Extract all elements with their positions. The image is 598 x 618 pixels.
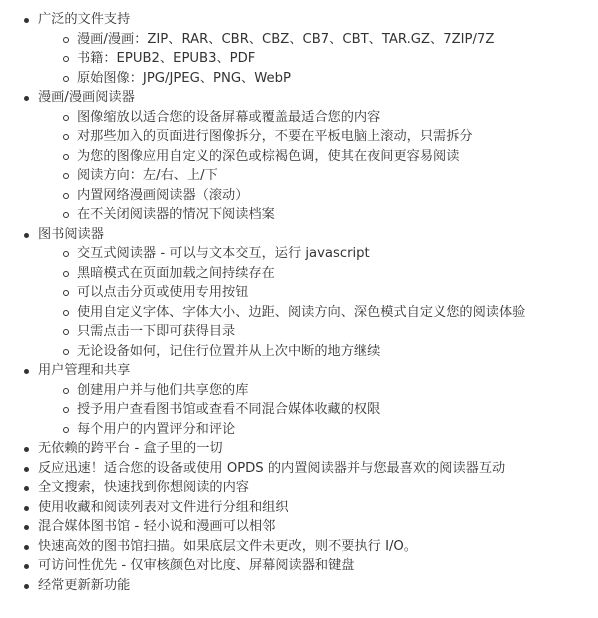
sub-item: 图像缩放以适合您的设备屏幕或覆盖最适合您的内容: [77, 108, 598, 128]
feature-sublist: 交互式阅读器 - 可以与文本交互，运行 javascript 黑暗模式在页面加载…: [38, 244, 598, 361]
sub-item: 只需点击一下即可获得目录: [77, 322, 598, 342]
feature-item-full-text-search: 全文搜索，快速找到你想阅读的内容: [38, 478, 598, 498]
feature-item-user-management: 用户管理和共享 创建用户并与他们共享您的库 授予用户查看图书馆或查看不同混合媒体…: [38, 361, 598, 439]
feature-label: 混合媒体图书馆 - 轻小说和漫画可以相邻: [38, 517, 598, 537]
sub-item: 每个用户的内置评分和评论: [77, 420, 598, 440]
feature-item-file-support: 广泛的文件支持 漫画/漫画：ZIP、RAR、CBR、CBZ、CB7、CBT、TA…: [38, 10, 598, 88]
sub-item: 书籍：EPUB2、EPUB3、PDF: [77, 49, 598, 69]
feature-label: 全文搜索，快速找到你想阅读的内容: [38, 478, 598, 498]
sub-item: 创建用户并与他们共享您的库: [77, 381, 598, 401]
feature-item-responsive: 反应迅速！适合您的设备或使用 OPDS 的内置阅读器并与您最喜欢的阅读器互动: [38, 459, 598, 479]
feature-label: 使用收藏和阅读列表对文件进行分组和组织: [38, 498, 598, 518]
sub-item: 交互式阅读器 - 可以与文本交互，运行 javascript: [77, 244, 598, 264]
feature-item-cross-platform: 无依赖的跨平台 - 盒子里的一切: [38, 439, 598, 459]
feature-label: 快速高效的图书馆扫描。如果底层文件未更改，则不要执行 I/O。: [38, 537, 598, 557]
feature-sublist: 漫画/漫画：ZIP、RAR、CBR、CBZ、CB7、CBT、TAR.GZ、7ZI…: [38, 30, 598, 89]
sub-item: 在不关闭阅读器的情况下阅读档案: [77, 205, 598, 225]
feature-document: 广泛的文件支持 漫画/漫画：ZIP、RAR、CBR、CBZ、CB7、CBT、TA…: [0, 0, 598, 595]
sub-item: 黑暗模式在页面加载之间持续存在: [77, 264, 598, 284]
feature-label: 漫画/漫画阅读器: [38, 88, 598, 108]
sub-item: 授予用户查看图书馆或查看不同混合媒体收藏的权限: [77, 400, 598, 420]
feature-sublist: 图像缩放以适合您的设备屏幕或覆盖最适合您的内容 对那些加入的页面进行图像拆分，不…: [38, 108, 598, 225]
sub-item: 为您的图像应用自定义的深色或棕褐色调，使其在夜间更容易阅读: [77, 147, 598, 167]
sub-item: 可以点击分页或使用专用按钮: [77, 283, 598, 303]
sub-item: 阅读方向：左/右、上/下: [77, 166, 598, 186]
sub-item: 内置网络漫画阅读器（滚动）: [77, 186, 598, 206]
feature-item-mixed-media: 混合媒体图书馆 - 轻小说和漫画可以相邻: [38, 517, 598, 537]
feature-list: 广泛的文件支持 漫画/漫画：ZIP、RAR、CBR、CBZ、CB7、CBT、TA…: [0, 10, 598, 595]
feature-item-frequent-updates: 经常更新新功能: [38, 576, 598, 596]
feature-item-comic-reader: 漫画/漫画阅读器 图像缩放以适合您的设备屏幕或覆盖最适合您的内容 对那些加入的页…: [38, 88, 598, 225]
sub-item: 漫画/漫画：ZIP、RAR、CBR、CBZ、CB7、CBT、TAR.GZ、7ZI…: [77, 30, 598, 50]
feature-item-accessibility: 可访问性优先 - 仅审核颜色对比度、屏幕阅读器和键盘: [38, 556, 598, 576]
feature-label: 反应迅速！适合您的设备或使用 OPDS 的内置阅读器并与您最喜欢的阅读器互动: [38, 459, 598, 479]
feature-label: 可访问性优先 - 仅审核颜色对比度、屏幕阅读器和键盘: [38, 556, 598, 576]
feature-label: 广泛的文件支持: [38, 10, 598, 30]
feature-item-book-reader: 图书阅读器 交互式阅读器 - 可以与文本交互，运行 javascript 黑暗模…: [38, 225, 598, 362]
sub-item: 使用自定义字体、字体大小、边距、阅读方向、深色模式自定义您的阅读体验: [77, 303, 598, 323]
feature-label: 经常更新新功能: [38, 576, 598, 596]
sub-item: 对那些加入的页面进行图像拆分，不要在平板电脑上滚动，只需拆分: [77, 127, 598, 147]
feature-label: 无依赖的跨平台 - 盒子里的一切: [38, 439, 598, 459]
feature-sublist: 创建用户并与他们共享您的库 授予用户查看图书馆或查看不同混合媒体收藏的权限 每个…: [38, 381, 598, 440]
feature-item-fast-scanning: 快速高效的图书馆扫描。如果底层文件未更改，则不要执行 I/O。: [38, 537, 598, 557]
feature-item-collections: 使用收藏和阅读列表对文件进行分组和组织: [38, 498, 598, 518]
feature-label: 图书阅读器: [38, 225, 598, 245]
sub-item: 无论设备如何，记住行位置并从上次中断的地方继续: [77, 342, 598, 362]
feature-label: 用户管理和共享: [38, 361, 598, 381]
sub-item: 原始图像：JPG/JPEG、PNG、WebP: [77, 69, 598, 89]
